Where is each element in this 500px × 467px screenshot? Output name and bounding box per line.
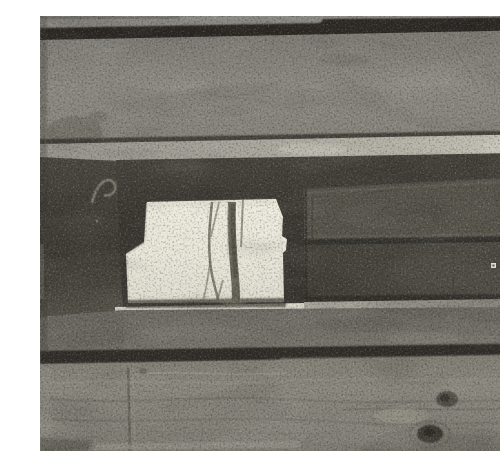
grain-overlay [40,16,500,451]
log-wall-photograph [40,16,500,451]
photo-canvas [40,16,500,451]
